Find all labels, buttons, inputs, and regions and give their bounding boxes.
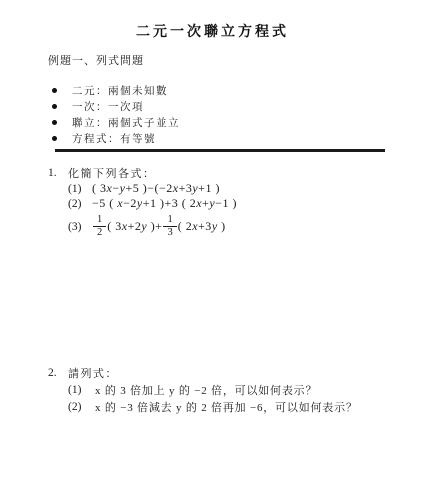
page-title: 二元一次聯立方程式 xyxy=(0,21,425,41)
divider-double-line xyxy=(55,149,385,152)
expression-text: ( 3x+2y )+ xyxy=(107,219,162,234)
bullet-icon xyxy=(52,88,57,93)
document-page: 二元一次聯立方程式 例題一、列式問題 二元：兩個未知數 一次：一次項 聯立：兩個… xyxy=(0,0,425,480)
bullet-list: 二元：兩個未知數 一次：一次項 聯立：兩個式子並立 方程式：有等號 xyxy=(52,82,425,146)
bullet-icon xyxy=(52,120,57,125)
problem-1-head: 1. 化簡下列各式： xyxy=(48,165,425,181)
problem-1: 1. 化簡下列各式： (1) ( 3x−y+5 )−(−2x+3y+1 ) (2… xyxy=(48,165,425,240)
bullet-item: 聯立：兩個式子並立 xyxy=(52,114,425,130)
problem-2-head: 2. 請列式： xyxy=(48,365,425,381)
bullet-icon xyxy=(52,104,57,109)
expression-text: ( 3x−y+5 )−(−2x+3y+1 ) xyxy=(92,181,220,196)
expression-item-3: (3) 1 2 ( 3x+2y )+ 1 3 ( 2x+3y ) xyxy=(68,213,425,240)
expression-item-2: (2) −5 ( x−2y+1 )+3 ( 2x+y−1 ) xyxy=(68,196,425,211)
bullet-text: 一次：一次項 xyxy=(72,99,144,114)
expression-text: −5 ( x−2y+1 )+3 ( 2x+y−1 ) xyxy=(92,196,237,211)
item-label: (1) xyxy=(68,183,92,195)
bullet-item: 方程式：有等號 xyxy=(52,130,425,146)
fraction-denominator: 3 xyxy=(163,227,176,239)
bullet-text: 聯立：兩個式子並立 xyxy=(72,115,180,130)
item-label: (2) xyxy=(68,198,92,210)
question-list: (1) x 的 3 倍加上 y 的 −2 倍，可以如何表示？ (2) x 的 −… xyxy=(68,381,425,415)
fraction: 1 2 xyxy=(93,214,106,239)
question-text: x 的 3 倍加上 y 的 −2 倍，可以如何表示？ xyxy=(95,382,317,398)
expression-list: (1) ( 3x−y+5 )−(−2x+3y+1 ) (2) −5 ( x−2y… xyxy=(68,181,425,240)
question-text: x 的 −3 倍減去 y 的 2 倍再加 −6，可以如何表示？ xyxy=(95,399,358,415)
fraction: 1 3 xyxy=(163,214,176,239)
item-label: (3) xyxy=(68,221,92,233)
bullet-text: 二元：兩個未知數 xyxy=(72,83,168,98)
section-heading: 例題一、列式問題 xyxy=(48,52,425,68)
expression-text: ( 2x+3y ) xyxy=(178,219,226,234)
item-label: (2) xyxy=(68,401,95,413)
problem-number: 2. xyxy=(48,367,68,379)
bullet-item: 一次：一次項 xyxy=(52,98,425,114)
question-item-1: (1) x 的 3 倍加上 y 的 −2 倍，可以如何表示？ xyxy=(68,381,425,398)
bullet-icon xyxy=(52,136,57,141)
fraction-numerator: 1 xyxy=(163,214,176,227)
problem-prompt: 化簡下列各式： xyxy=(68,165,156,181)
problem-number: 1. xyxy=(48,167,68,179)
bullet-text: 方程式：有等號 xyxy=(72,131,156,146)
problem-prompt: 請列式： xyxy=(68,365,118,381)
bullet-item: 二元：兩個未知數 xyxy=(52,82,425,98)
question-item-2: (2) x 的 −3 倍減去 y 的 2 倍再加 −6，可以如何表示？ xyxy=(68,398,425,415)
fraction-denominator: 2 xyxy=(93,227,106,239)
problem-2: 2. 請列式： (1) x 的 3 倍加上 y 的 −2 倍，可以如何表示？ (… xyxy=(48,365,425,415)
fraction-numerator: 1 xyxy=(93,214,106,227)
expression-item-1: (1) ( 3x−y+5 )−(−2x+3y+1 ) xyxy=(68,181,425,196)
item-label: (1) xyxy=(68,384,95,396)
